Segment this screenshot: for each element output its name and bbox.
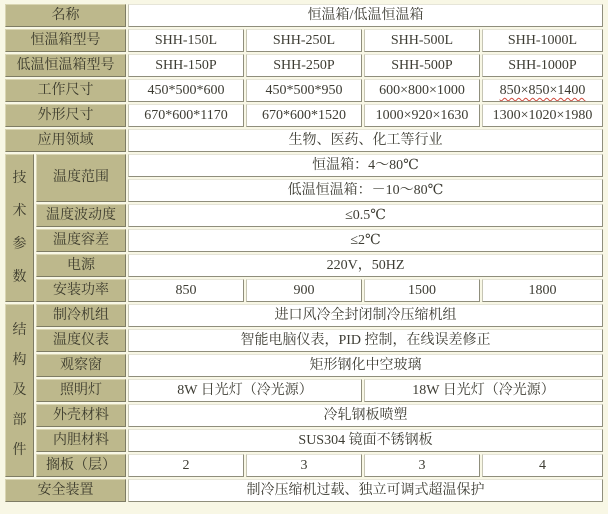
cell-install-power-2: 900: [246, 279, 362, 302]
cell-work-size-3: 600×800×1000: [364, 79, 480, 102]
cell-outer-size-4: 1300×1020×1980: [482, 104, 603, 127]
cell-shell: 冷轧钢板喷塑: [128, 404, 603, 427]
cell-temp-range-low: 低温恒温箱：－10～80℃: [128, 179, 603, 202]
cell-install-power-1: 850: [128, 279, 244, 302]
row-install-power: 安装功率 850 900 1500 1800: [5, 279, 603, 302]
cell-work-size-4: 850×850×1400: [482, 79, 603, 102]
cell-shelves-1: 2: [128, 454, 244, 477]
cell-outer-size-1: 670*600*1170: [128, 104, 244, 127]
row-safety: 安全装置 制冷压缩机过载、独立可调式超温保护: [5, 479, 603, 502]
cell-work-size-2: 450*500*950: [246, 79, 362, 102]
row-liner: 内胆材料 SUS304 镜面不锈钢板: [5, 429, 603, 452]
cell-low-model-3: SHH-500P: [364, 54, 480, 77]
row-const-model: 恒温箱型号 SHH-150L SHH-250L SHH-500L SHH-100…: [5, 29, 603, 52]
cell-instrument: 智能电脑仪表，PID 控制，在线误差修正: [128, 329, 603, 352]
cell-shelves-4: 4: [482, 454, 603, 477]
row-instrument: 温度仪表 智能电脑仪表，PID 控制，在线误差修正: [5, 329, 603, 352]
cell-safety: 制冷压缩机过载、独立可调式超温保护: [128, 479, 603, 502]
row-name: 名称 恒温箱/低温恒温箱: [5, 4, 603, 27]
label-window: 观察窗: [36, 354, 126, 377]
cell-low-model-4: SHH-1000P: [482, 54, 603, 77]
cell-const-model-2: SHH-250L: [246, 29, 362, 52]
label-temp-tolerance: 温度容差: [36, 229, 126, 252]
label-lamp: 照明灯: [36, 379, 126, 402]
cell-temp-tolerance: ≤2℃: [128, 229, 603, 252]
spellcheck-squiggle-text: 850×850×1400: [500, 83, 586, 98]
cell-install-power-3: 1500: [364, 279, 480, 302]
cell-const-model-1: SHH-150L: [128, 29, 244, 52]
label-name: 名称: [5, 4, 126, 27]
cell-temp-fluctuation: ≤0.5℃: [128, 204, 603, 227]
label-work-size: 工作尺寸: [5, 79, 126, 102]
label-low-model: 低温恒温箱型号: [5, 54, 126, 77]
cell-refrigeration: 进口风冷全封闭制冷压缩机组: [128, 304, 603, 327]
label-refrigeration: 制冷机组: [36, 304, 126, 327]
label-liner: 内胆材料: [36, 429, 126, 452]
row-window: 观察窗 矩形钢化中空玻璃: [5, 354, 603, 377]
cell-work-size-1: 450*500*600: [128, 79, 244, 102]
row-power: 电源 220V，50HZ: [5, 254, 603, 277]
label-shelves: 搁板（层）: [36, 454, 126, 477]
row-outer-size: 外形尺寸 670*600*1170 670*600*1520 1000×920×…: [5, 104, 603, 127]
cell-temp-range-const: 恒温箱：4～80℃: [128, 154, 603, 177]
row-temp-fluctuation: 温度波动度 ≤0.5℃: [5, 204, 603, 227]
cell-window: 矩形钢化中空玻璃: [128, 354, 603, 377]
cell-lamp-right: 18W 日光灯（冷光源）: [364, 379, 603, 402]
cell-install-power-4: 1800: [482, 279, 603, 302]
cell-outer-size-3: 1000×920×1630: [364, 104, 480, 127]
row-lamp: 照明灯 8W 日光灯（冷光源） 18W 日光灯（冷光源）: [5, 379, 603, 402]
group-label-tech-params: 技 术 参 数: [5, 154, 34, 302]
cell-low-model-1: SHH-150P: [128, 54, 244, 77]
spec-page: 名称 恒温箱/低温恒温箱 恒温箱型号 SHH-150L SHH-250L SHH…: [0, 0, 608, 514]
cell-low-model-2: SHH-250P: [246, 54, 362, 77]
label-temp-fluctuation: 温度波动度: [36, 204, 126, 227]
row-shell: 外壳材料 冷轧钢板喷塑: [5, 404, 603, 427]
cell-liner: SUS304 镜面不锈钢板: [128, 429, 603, 452]
row-shelves: 搁板（层） 2 3 3 4: [5, 454, 603, 477]
row-application: 应用领域 生物、医药、化工等行业: [5, 129, 603, 152]
cell-const-model-4: SHH-1000L: [482, 29, 603, 52]
cell-const-model-3: SHH-500L: [364, 29, 480, 52]
spec-table: 名称 恒温箱/低温恒温箱 恒温箱型号 SHH-150L SHH-250L SHH…: [3, 2, 605, 504]
label-application: 应用领域: [5, 129, 126, 152]
cell-outer-size-2: 670*600*1520: [246, 104, 362, 127]
label-install-power: 安装功率: [36, 279, 126, 302]
row-low-model: 低温恒温箱型号 SHH-150P SHH-250P SHH-500P SHH-1…: [5, 54, 603, 77]
cell-shelves-2: 3: [246, 454, 362, 477]
label-instrument: 温度仪表: [36, 329, 126, 352]
cell-name-value: 恒温箱/低温恒温箱: [128, 4, 603, 27]
row-work-size: 工作尺寸 450*500*600 450*500*950 600×800×100…: [5, 79, 603, 102]
label-safety: 安全装置: [5, 479, 126, 502]
cell-application: 生物、医药、化工等行业: [128, 129, 603, 152]
cell-shelves-3: 3: [364, 454, 480, 477]
row-temp-range-const: 技 术 参 数 温度范围 恒温箱：4～80℃: [5, 154, 603, 177]
label-shell: 外壳材料: [36, 404, 126, 427]
group-label-structure-parts: 结 构 及 部 件: [5, 304, 34, 477]
row-refrigeration: 结 构 及 部 件 制冷机组 进口风冷全封闭制冷压缩机组: [5, 304, 603, 327]
cell-lamp-left: 8W 日光灯（冷光源）: [128, 379, 362, 402]
label-const-model: 恒温箱型号: [5, 29, 126, 52]
label-outer-size: 外形尺寸: [5, 104, 126, 127]
label-temp-range: 温度范围: [36, 154, 126, 202]
cell-power: 220V，50HZ: [128, 254, 603, 277]
label-power: 电源: [36, 254, 126, 277]
row-temp-tolerance: 温度容差 ≤2℃: [5, 229, 603, 252]
